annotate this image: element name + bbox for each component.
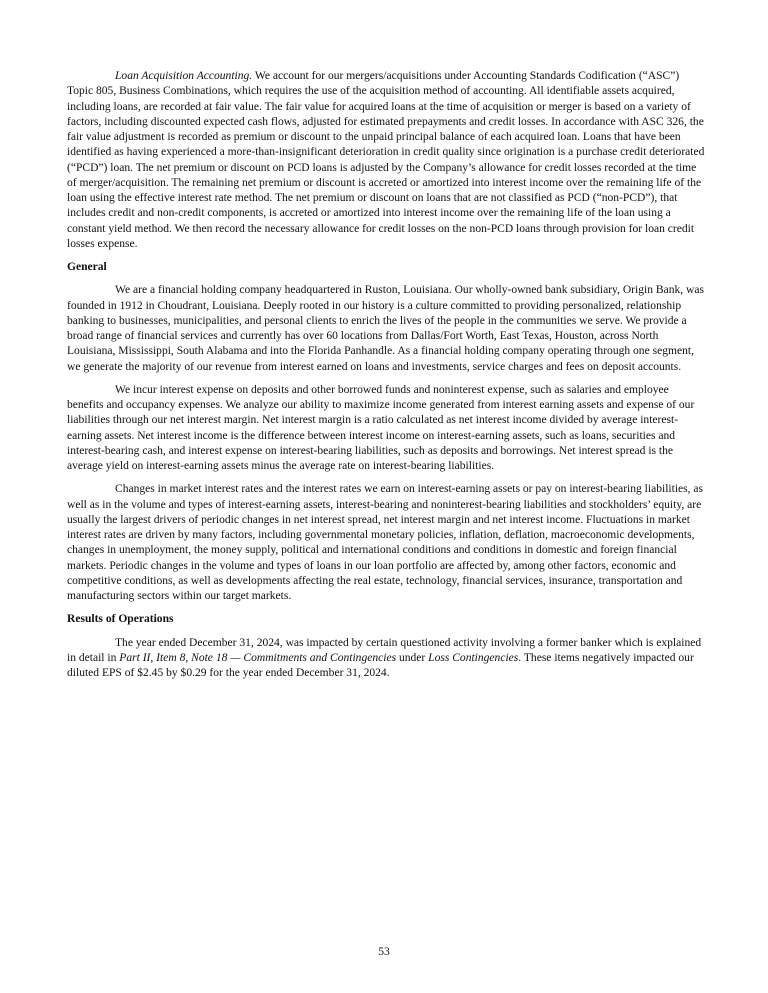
document-page: Loan Acquisition Accounting. We account … [67,69,707,689]
page-number: 53 [0,946,768,958]
cross-reference-loss-contingencies: Loss Contingencies [428,652,518,664]
cross-reference-note: Note 18 — Commitments and Contingencies [191,652,396,664]
cross-reference-part-item: Part II, Item 8 [119,652,185,664]
section-heading-results-of-operations: Results of Operations [67,612,707,627]
paragraph-body: We account for our mergers/acquisitions … [67,70,704,250]
paragraph-lead-heading: Loan Acquisition Accounting. [115,70,252,82]
paragraph-loan-acquisition-accounting: Loan Acquisition Accounting. We account … [67,69,707,252]
paragraph-general-2: We incur interest expense on deposits an… [67,383,707,475]
text-run: under [396,652,428,664]
paragraph-general-1: We are a financial holding company headq… [67,283,707,375]
section-heading-general: General [67,260,707,275]
paragraph-results-of-operations: The year ended December 31, 2024, was im… [67,636,707,682]
paragraph-general-3: Changes in market interest rates and the… [67,482,707,604]
